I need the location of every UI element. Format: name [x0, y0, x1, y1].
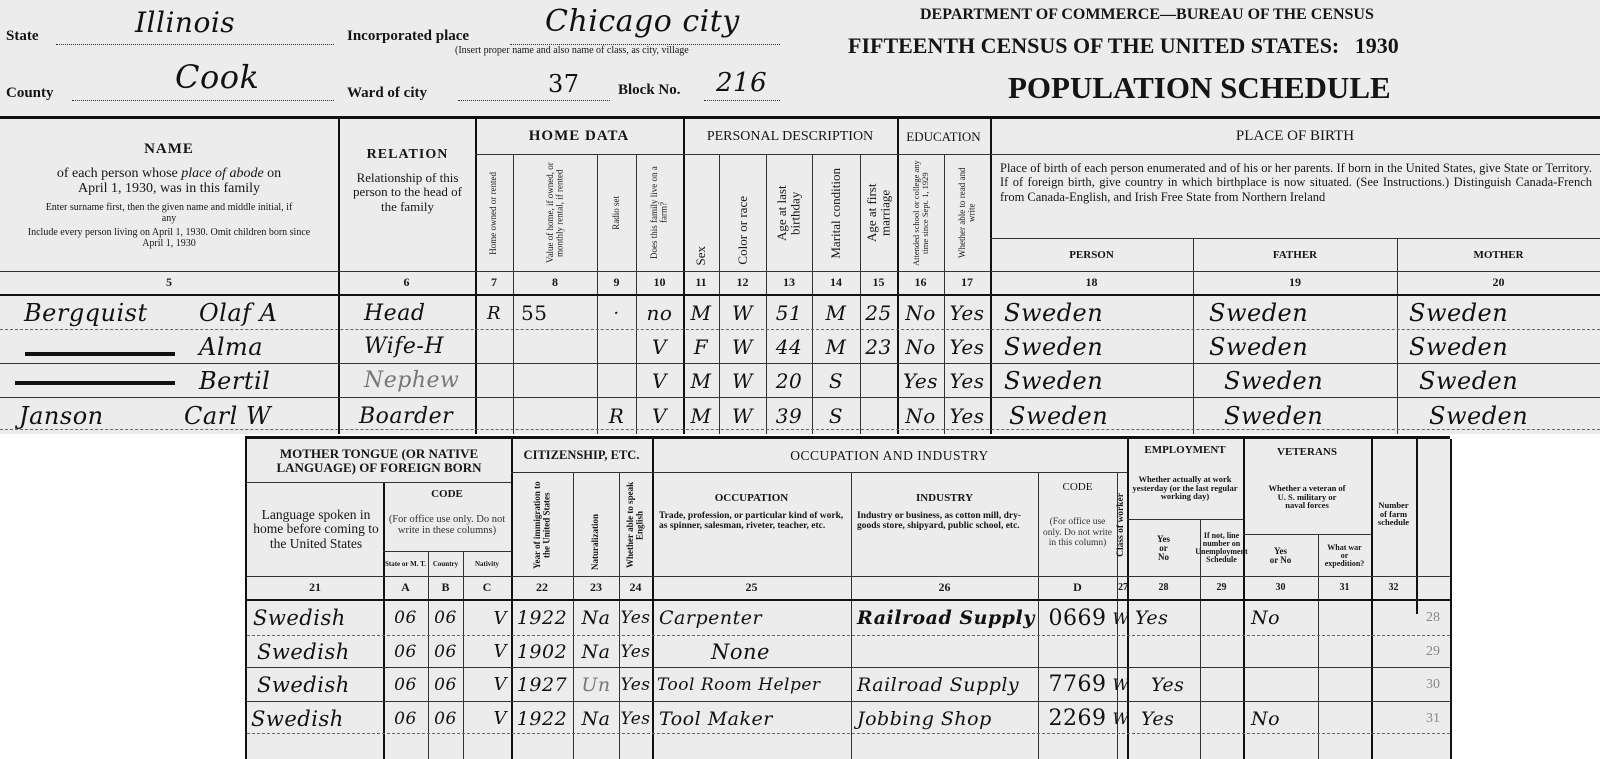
line-number: 30 [1416, 668, 1450, 701]
schedule-title: POPULATION SCHEDULE [1008, 70, 1391, 106]
line-number: 29 [1416, 636, 1450, 667]
ward-label: Ward of city [347, 85, 427, 102]
employment-header: EMPLOYMENT [1127, 441, 1243, 459]
ditto-line [25, 352, 175, 356]
bottom-table: MOTHER TONGUE (OR NATIVE LANGUAGE) OF FO… [245, 436, 1450, 759]
personal-description-header: PERSONAL DESCRIPTION [683, 119, 897, 154]
state-label: State [6, 28, 39, 45]
mother-tongue-header: MOTHER TONGUE (OR NATIVE LANGUAGE) OF FO… [247, 439, 511, 482]
home-data-header: HOME DATA [475, 119, 683, 154]
place-label: Incorporated place [347, 28, 469, 45]
name-column-header: NAME of each person whose place of abode… [0, 119, 338, 271]
block-value: 216 [716, 68, 767, 98]
relation-column-header: RELATION Relationship of this person to … [340, 147, 475, 214]
farm-schedule-header: Number of farm schedule [1371, 479, 1416, 549]
citizenship-header: CITIZENSHIP, ETC. [511, 439, 652, 472]
line-number: 31 [1416, 702, 1450, 735]
place-of-birth-header: PLACE OF BIRTH [990, 119, 1600, 154]
table-row: Swedish 06 06 V 1922 Na Yes Tool Maker J… [247, 702, 1452, 735]
block-label: Block No. [618, 82, 681, 99]
department-title: DEPARTMENT OF COMMERCE—BUREAU OF THE CEN… [920, 6, 1374, 24]
occupation-industry-header: OCCUPATION AND INDUSTRY [652, 439, 1127, 472]
veterans-header: VETERANS [1243, 443, 1371, 461]
table-row: Alma Wife-H V F W 44 M 23 No Yes Sweden … [0, 330, 1600, 363]
ward-value: 37 [548, 70, 580, 98]
place-note: (Insert proper name and also name of cla… [455, 45, 689, 56]
census-title: FIFTEENTH CENSUS OF THE UNITED STATES: 1… [848, 33, 1399, 59]
education-header: EDUCATION [897, 119, 990, 154]
table-row: Swedish 06 06 V 1927 Un Yes Tool Room He… [247, 668, 1452, 701]
state-value: Illinois [135, 6, 235, 39]
table-row: Bergquist Olaf A Head R 55 · no M W 51 M… [0, 296, 1600, 330]
census-year: 1930 [1355, 33, 1399, 58]
top-table: NAME of each person whose place of abode… [0, 116, 1600, 434]
place-of-birth-instructions: Place of birth of each person enumerated… [1000, 161, 1592, 204]
table-row: Swedish 06 06 V 1922 Na Yes Carpenter Ra… [247, 601, 1452, 635]
line-number: 28 [1416, 601, 1450, 635]
form-header: State Illinois County Cook Incorporated … [0, 0, 1600, 116]
table-row: Bertil Nephew V M W 20 S Yes Yes Sweden … [0, 364, 1600, 397]
table-row: Swedish 06 06 V 1902 Na Yes None 29 [247, 636, 1452, 667]
county-label: County [6, 85, 54, 102]
table-row: Janson Carl W Boarder R V M W 39 S No Ye… [0, 398, 1600, 434]
county-value: Cook [175, 58, 259, 96]
ditto-line [15, 381, 175, 385]
place-value: Chicago city [545, 4, 740, 39]
